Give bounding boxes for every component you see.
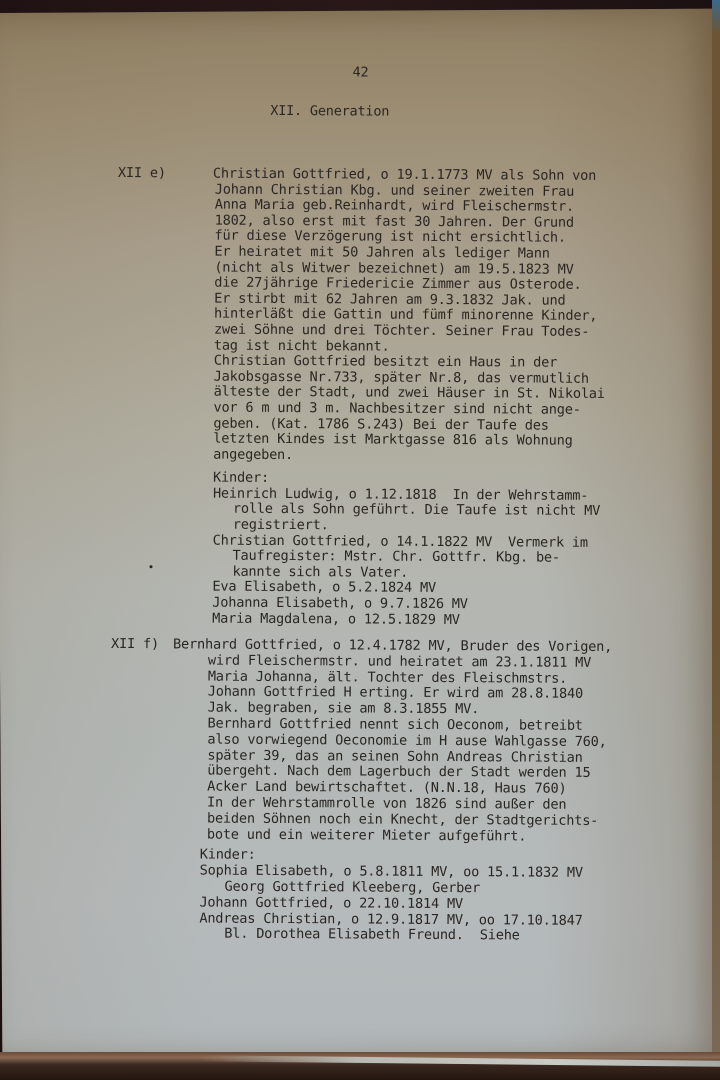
stray-ink-dot — [150, 565, 153, 568]
page-number: 42 — [352, 64, 368, 80]
genealogy-entry-xii-f: XII f)Bernhard Gottfried, o 12.4.1782 MV… — [109, 637, 612, 945]
child-line: Bl. Dorothea Elisabeth Freund. Siehe — [109, 926, 610, 945]
child-line: Maria Magdalena, o 12.5.1829 MV — [115, 611, 603, 630]
genealogy-entry-xii-e: XII e)Christian Gottfried, o 19.1.1773 M… — [115, 166, 606, 629]
entry-label: XII f) — [111, 637, 173, 653]
entry-label: XII e) — [118, 166, 213, 182]
page-text: 42 XII. Generation XII e)Christian Gottf… — [0, 0, 720, 1080]
chapter-title: XII. Generation — [270, 103, 389, 120]
